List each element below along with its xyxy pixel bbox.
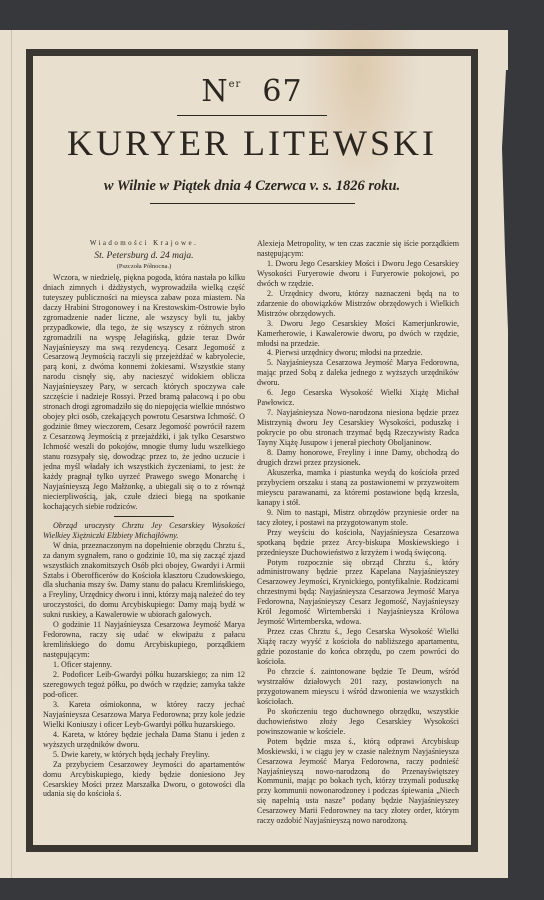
article-subheading: Obrząd uroczysty Chrztu Jey Cesarskiey W… — [43, 521, 245, 541]
article-paragraph: Po chrzcie ś. zaintonowane będzie Te Deu… — [257, 667, 459, 707]
newspaper-title: KURYER LITEWSKI — [33, 122, 471, 164]
right-column: Alexieja Metropolity, w ten czas zacznie… — [257, 239, 459, 831]
list-item: 6. Jego Cesarska Wysokość Wielki Xiążę M… — [257, 388, 459, 408]
article-paragraph: Za przybyciem Cesarzowey Jeymości do apa… — [43, 760, 245, 800]
masthead: Ner 67 KURYER LITEWSKI w Wilnie w Piątek… — [33, 74, 471, 204]
issue-label-sup: er — [229, 79, 242, 90]
article-paragraph: Akuszerka, mamka i piastunka weydą do ko… — [257, 468, 459, 508]
list-item: 8. Damy honorowe, Freyliny i inne Damy, … — [257, 448, 459, 468]
list-item: 9. Nim to nastąpi, Mistrz obrzędów przyn… — [257, 508, 459, 528]
list-item: 1. Oficer stajenny. — [43, 660, 245, 670]
article-paragraph: Przy weyściu do kościoła, Nayjaśnieysza … — [257, 528, 459, 558]
list-item: 2. Urzędnicy dworu, którzy naznaczeni bę… — [257, 289, 459, 319]
list-item: 4. Kareta, w którey będzie jechała Dama … — [43, 730, 245, 750]
article-paragraph: Potym rozpocznie się obrząd Chrztu ś., k… — [257, 558, 459, 628]
article-paragraph: W dnia, przeznaczonym na dopełnienie obr… — [43, 541, 245, 621]
issue-number-value: 67 — [262, 74, 302, 109]
section-heading: Wiadomości Krajowe. — [43, 239, 245, 249]
list-item: 3. Kareta ośmiokonna, w którey raczy jec… — [43, 700, 245, 730]
article-paragraph: O godzinie 11 Nayjaśnieysza Cesarzowa Je… — [43, 620, 245, 660]
list-item: 2. Podoficer Leib-Gwardyi półku huzarski… — [43, 670, 245, 700]
masthead-rule-bottom — [150, 203, 355, 204]
newspaper-page: Ner 67 KURYER LITEWSKI w Wilnie w Piątek… — [0, 30, 508, 878]
article-paragraph: Alexieja Metropolity, w ten czas zacznie… — [257, 239, 459, 259]
list-item: 5. Nayjaśnieysza Cesarzowa Jeymość Marya… — [257, 358, 459, 388]
issue-number: Ner 67 — [33, 74, 471, 109]
left-column: Wiadomości Krajowe. St. Petersburg d. 24… — [43, 239, 245, 831]
article-paragraph: Po skończeniu tego duchownego obrzędku, … — [257, 707, 459, 737]
source-note: (Pszczoła Północna.) — [43, 262, 245, 272]
list-item: 4. Pierwsi urzędnicy dworu; młodsi na pr… — [257, 348, 459, 358]
article-paragraph: Przez czas Chrztu ś., Jego Cesarska Wyso… — [257, 627, 459, 667]
list-item: 7. Nayjaśnieysza Nowo-narodzona niesiona… — [257, 408, 459, 448]
page-fold-line — [11, 30, 12, 878]
list-item: 1. Dworu Jego Cesarskiey Mości i Dworu J… — [257, 259, 459, 289]
list-item: 5. Dwie karety, w których będą jechały F… — [43, 750, 245, 760]
list-item: 3. Dworu Jego Cesarskiey Mości Kamerjunk… — [257, 319, 459, 349]
article-columns: Wiadomości Krajowe. St. Petersburg d. 24… — [43, 239, 459, 831]
dateline: w Wilnie w Piątek dnia 4 Czerwca v. s. 1… — [33, 178, 471, 195]
article-paragraph: Potem będzie msza ś., którą odprawi Arcy… — [257, 737, 459, 827]
article-paragraph: Wczora, w niedzielę, piękna pogoda, któr… — [43, 273, 245, 512]
issue-label: N — [201, 74, 228, 109]
torn-page-edge — [502, 70, 512, 330]
decorative-border-frame: Ner 67 KURYER LITEWSKI w Wilnie w Piątek… — [26, 49, 478, 852]
article-divider — [114, 516, 174, 517]
masthead-rule-top — [177, 115, 327, 116]
place-date: St. Petersburg d. 24 maja. — [43, 252, 245, 262]
